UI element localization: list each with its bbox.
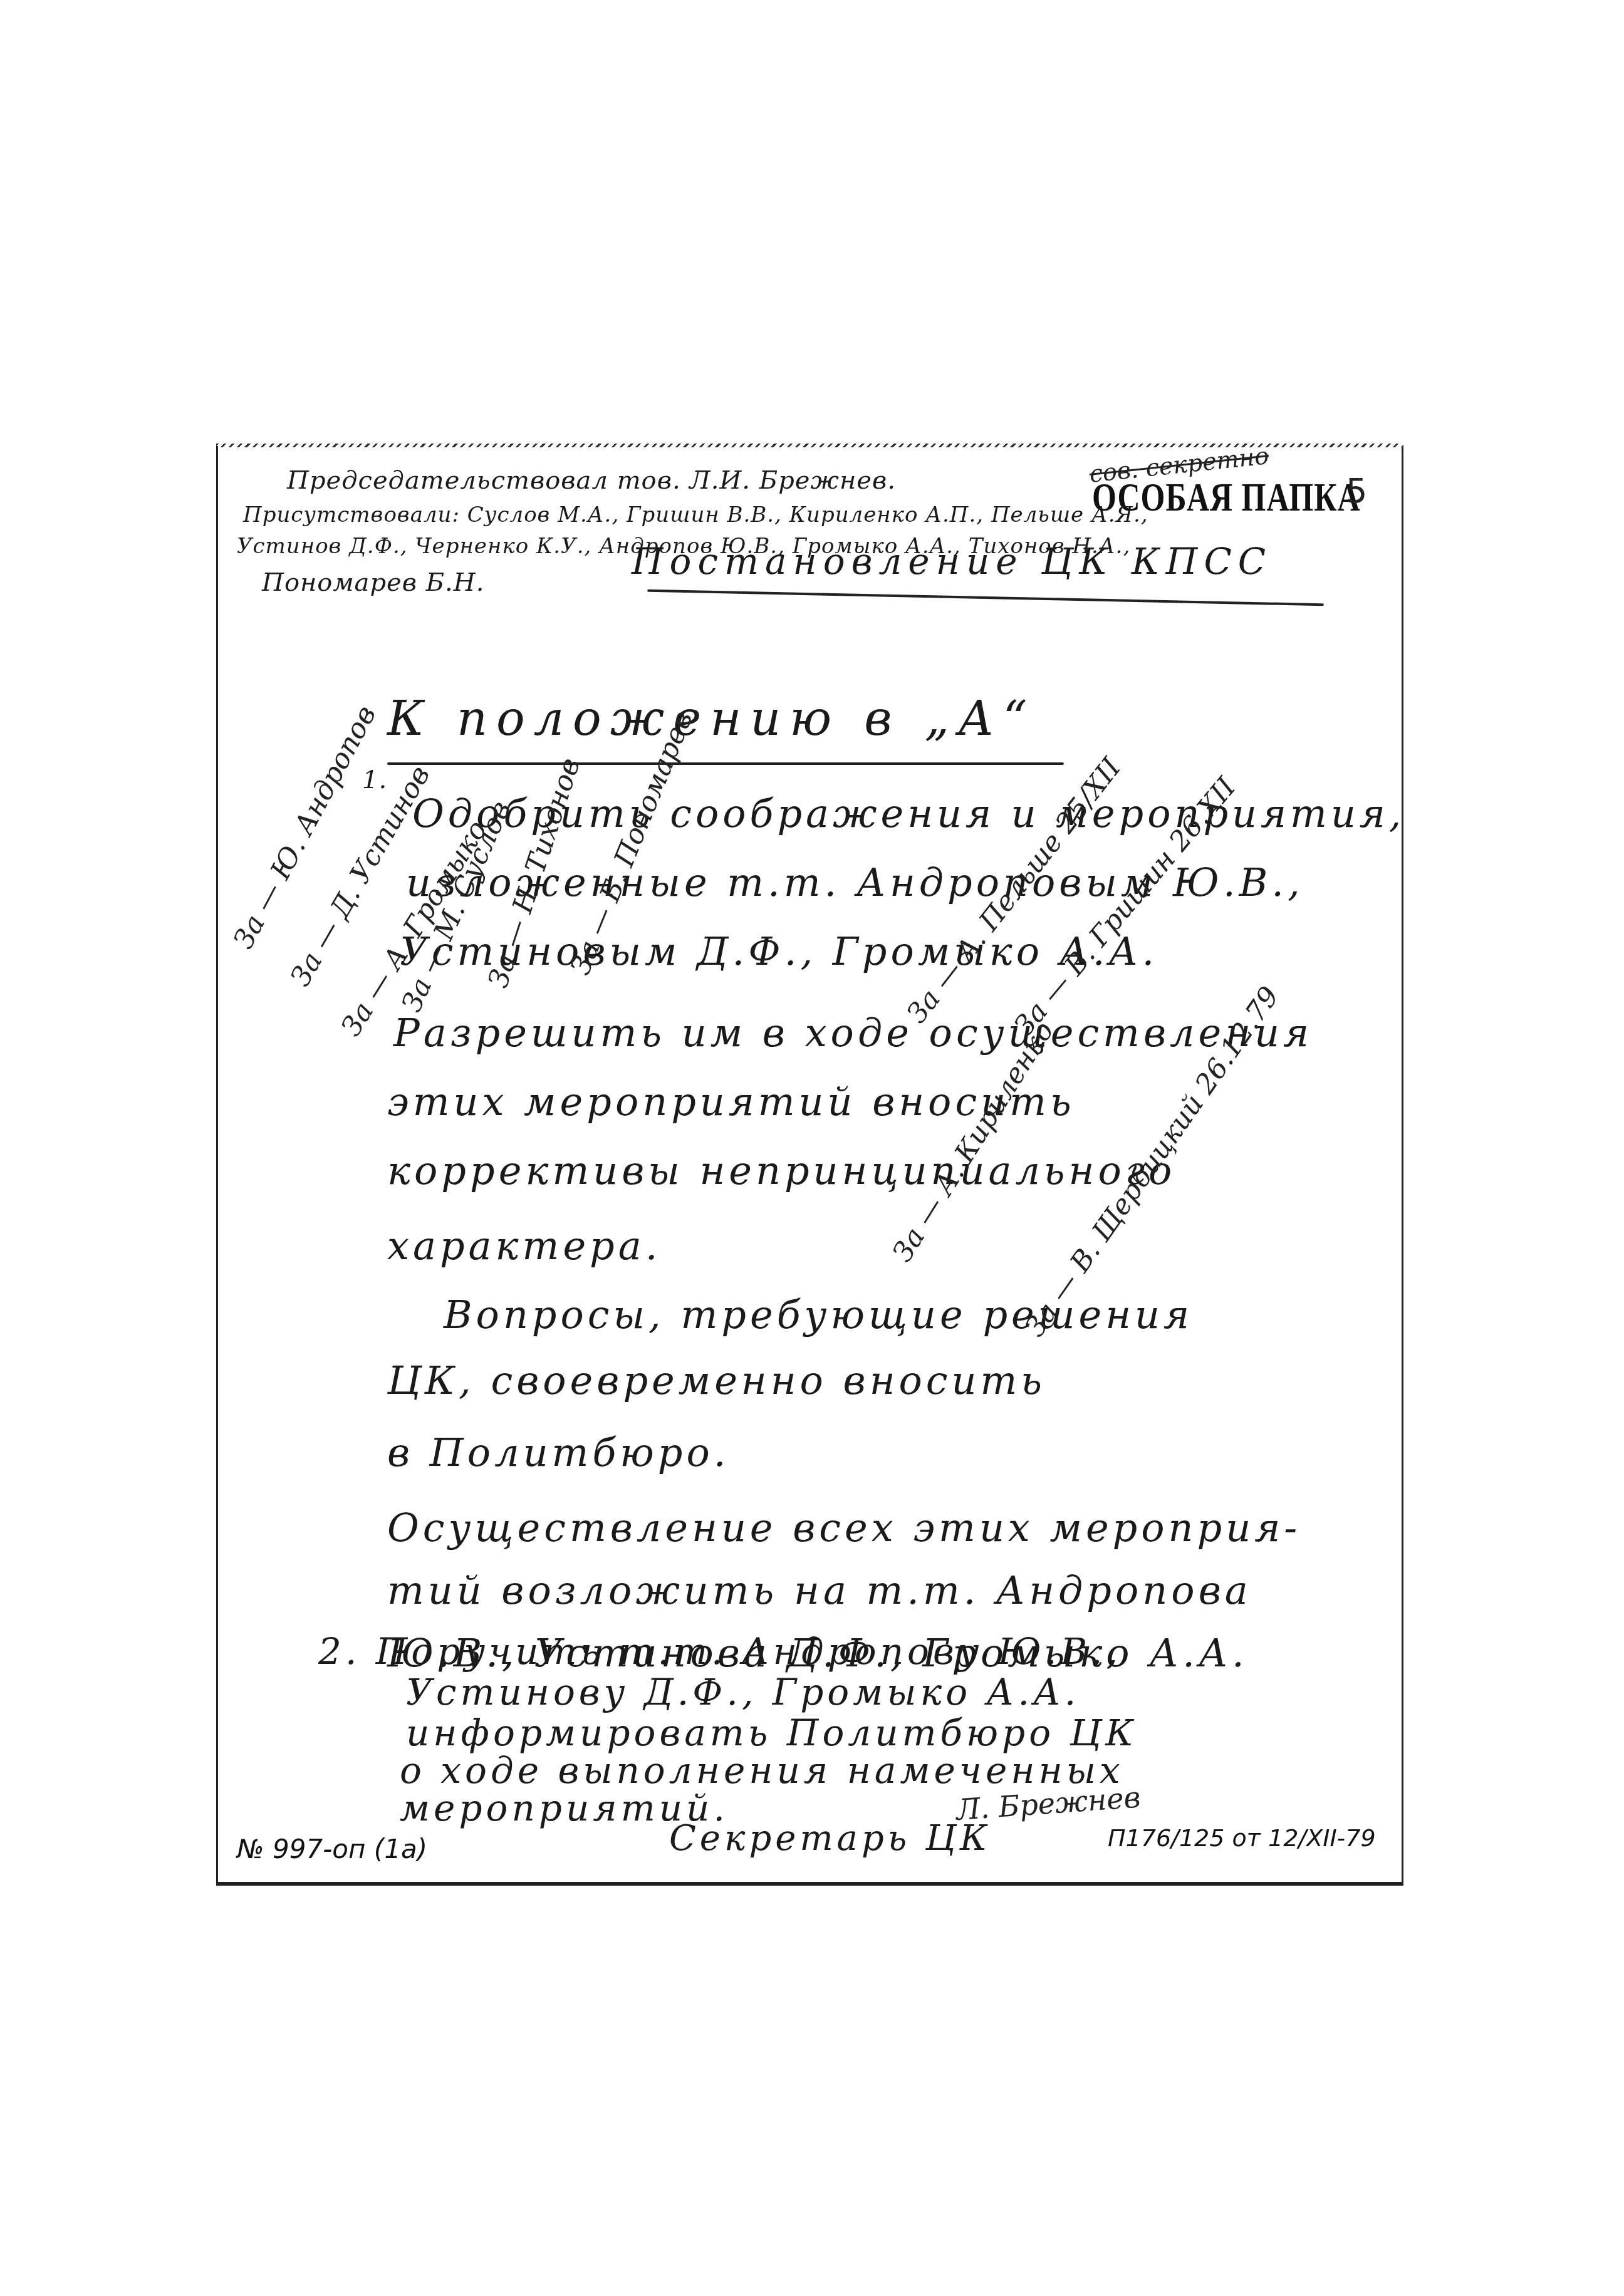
body-line: коррективы непринципиального xyxy=(387,1148,1175,1193)
present-line-3: Пономарев Б.Н. xyxy=(262,568,484,597)
subject-line: К положению в „А“ xyxy=(387,690,1036,746)
body-line: в Политбюро. xyxy=(387,1430,730,1475)
page-number: 5 xyxy=(1346,471,1367,511)
signature-title: Секретарь ЦК xyxy=(669,1818,991,1859)
document-page: сов. секретно ОСОБАЯ ПАПКА 5 Председател… xyxy=(216,446,1403,1886)
item-marker: 1. xyxy=(362,766,387,794)
margin-signature: За — Ю. Андропов xyxy=(227,700,383,954)
body-line: ЦК, своевременно вносить xyxy=(387,1358,1046,1403)
document-number: № 997-оп (1а) xyxy=(237,1834,427,1864)
protocol-reference: П176/125 от 12/XII-79 xyxy=(1108,1824,1376,1852)
body-line: Разрешить им в ходе осуществления xyxy=(393,1010,1313,1056)
item2-line: 2. Поручить т.т. Андропову Ю.В., xyxy=(318,1630,1122,1673)
body-line: Вопросы, требующие решения xyxy=(444,1292,1193,1338)
body-line: характера. xyxy=(387,1223,661,1269)
present-line-1: Присутствовали: Суслов М.А., Гришин В.В.… xyxy=(243,502,1148,527)
subject-underline xyxy=(387,762,1064,765)
item2-line: информировать Политбюро ЦК xyxy=(406,1712,1137,1754)
title-underline xyxy=(647,590,1324,606)
item2-line: о ходе выполнения намеченных xyxy=(400,1749,1124,1792)
item2-line: Устинову Д.Ф., Громыко А.А. xyxy=(406,1671,1080,1713)
body-line: тий возложить на т.т. Андропова xyxy=(387,1567,1252,1613)
body-line: Осуществление всех этих мероприя- xyxy=(387,1505,1301,1551)
resolution-title: Постановление ЦК КПСС xyxy=(632,540,1272,583)
chaired-line: Председательствовал тов. Л.И. Брежнев. xyxy=(287,466,896,495)
